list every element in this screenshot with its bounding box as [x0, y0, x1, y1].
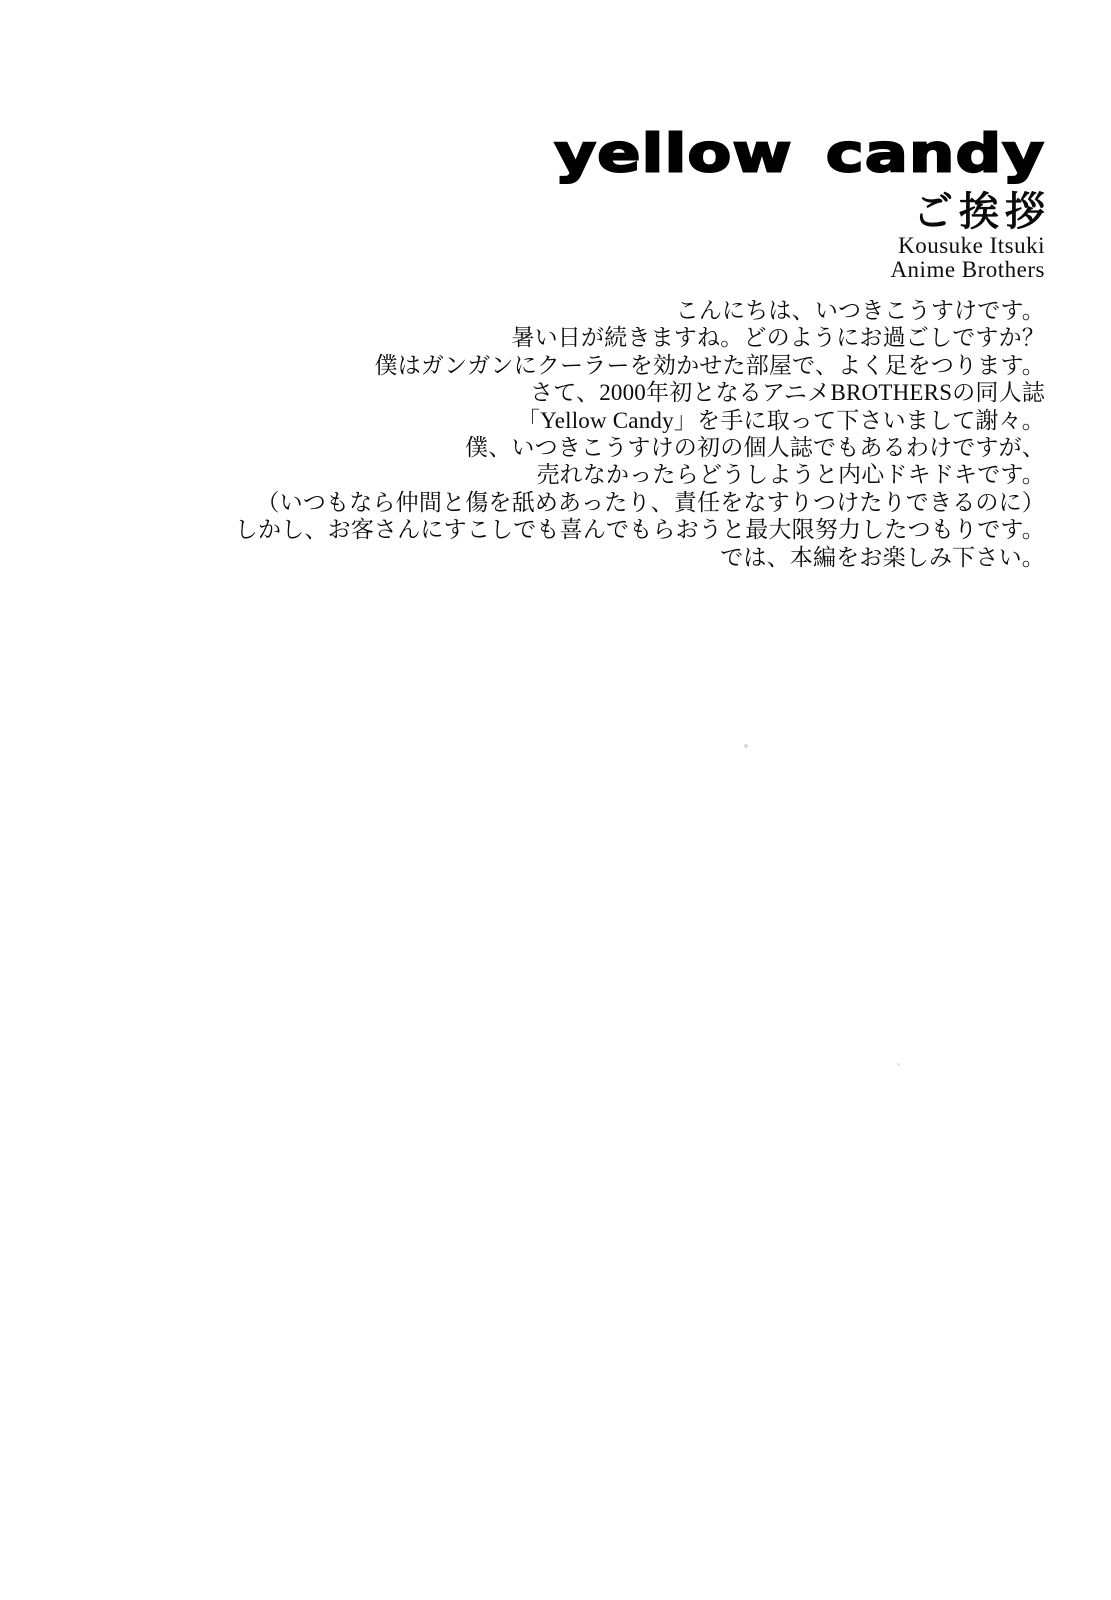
greeting-line: では、本編をお楽しみ下さい。	[235, 544, 1045, 571]
page-title: ご挨拶	[235, 190, 1051, 234]
circle-name: Anime Brothers	[235, 258, 1045, 282]
scan-speck	[897, 1063, 900, 1066]
greeting-line: 暑い日が続きますね。どのようにお過ごしですか？	[235, 324, 1045, 351]
scan-speck	[744, 744, 748, 748]
greeting-line: しかし、お客さんにすこしでも喜んでもらおうと最大限努力したつもりです。	[235, 516, 1045, 543]
yellow-candy-logo: Yellow Candy	[235, 128, 1045, 180]
greeting-text-block: こんにちは、いつきこうすけです。暑い日が続きますね。どのようにお過ごしですか？僕…	[235, 297, 1045, 571]
greeting-line: 僕はガンガンにクーラーを効かせた部屋で、よく足をつります。	[235, 352, 1045, 379]
greeting-line: さて、2000年初となるアニメBROTHERSの同人誌	[235, 379, 1045, 406]
greeting-line: （いつもなら仲間と傷を舐めあったり、責任をなすりつけたりできるのに）	[235, 489, 1045, 516]
greeting-line: 売れなかったらどうしようと内心ドキドキです。	[235, 461, 1045, 488]
greeting-line: こんにちは、いつきこうすけです。	[235, 297, 1045, 324]
doujinshi-greeting-page: Yellow Candy ご挨拶 Kousuke Itsuki Anime Br…	[0, 0, 1111, 1600]
greeting-line: 「Yellow Candy」を手に取って下さいまして謝々。	[235, 407, 1045, 434]
author-name: Kousuke Itsuki	[235, 234, 1045, 258]
greeting-line: 僕、いつきこうすけの初の個人誌でもあるわけですが、	[235, 434, 1045, 461]
header-column: Yellow Candy ご挨拶 Kousuke Itsuki Anime Br…	[235, 128, 1045, 571]
